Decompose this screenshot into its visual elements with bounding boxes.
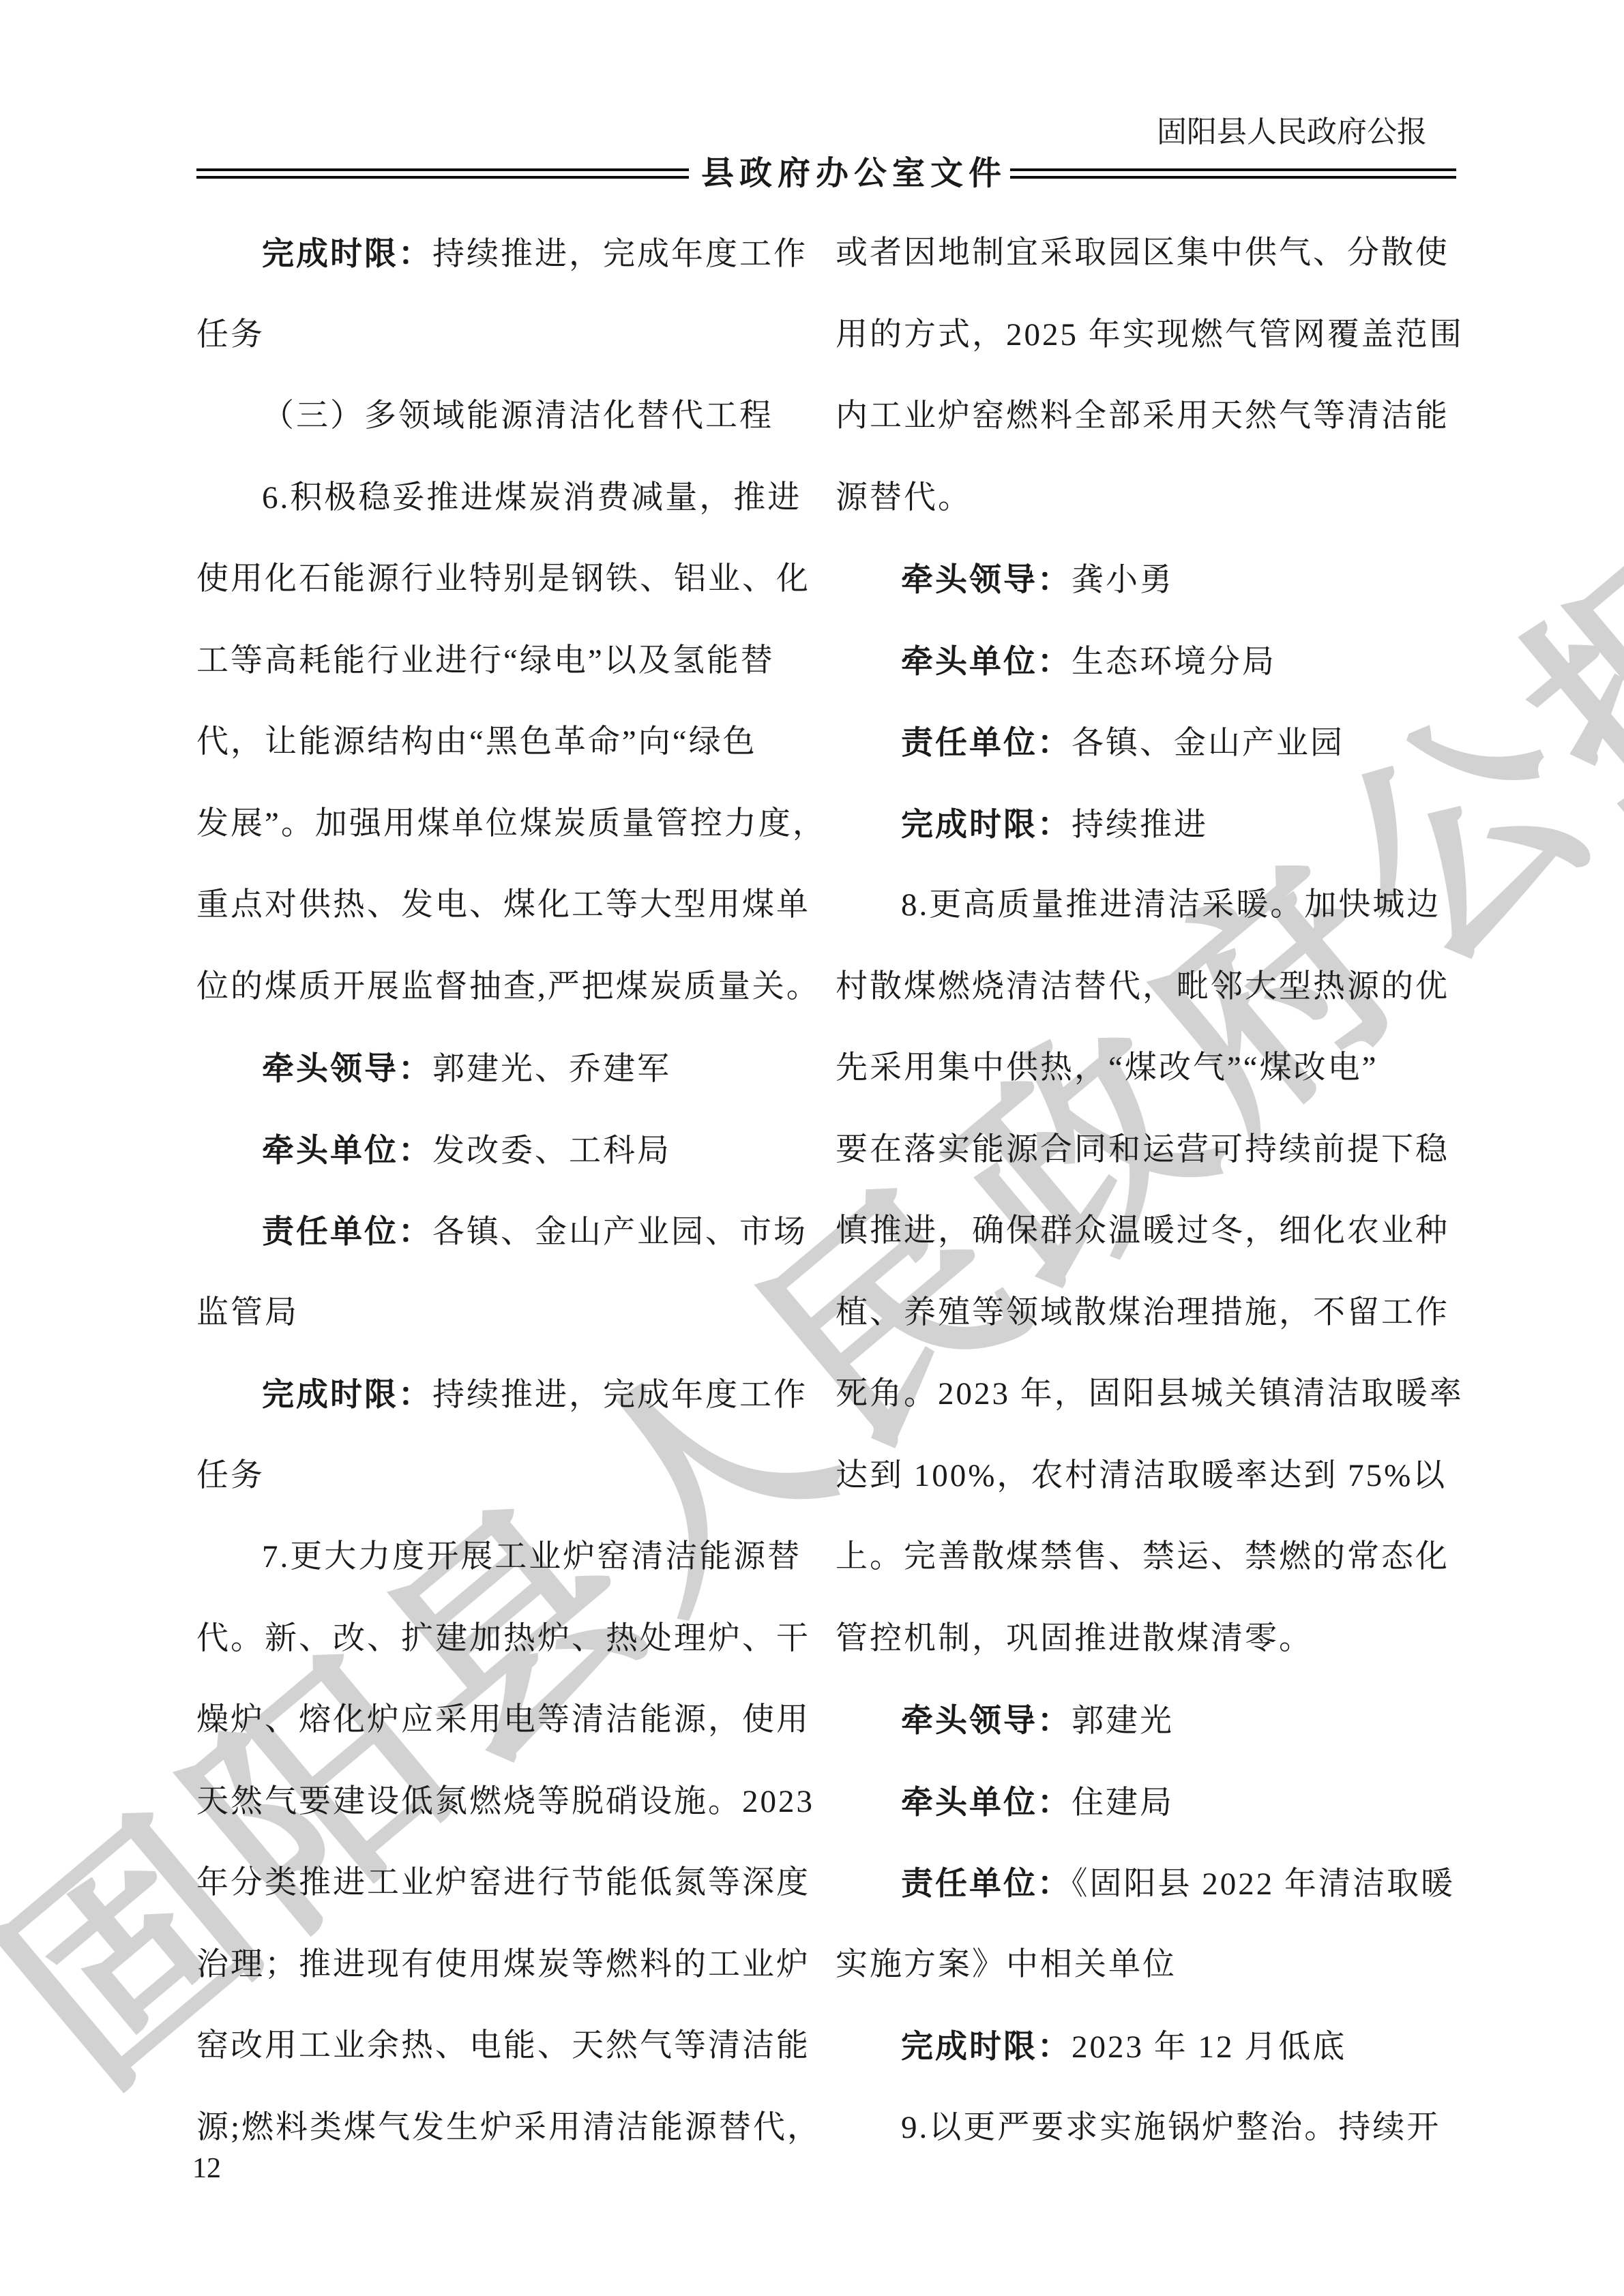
text-line: 先采用集中供热，“煤改气”“煤改电” — [836, 1028, 1460, 1109]
line-text: 住建局 — [1072, 1785, 1174, 1821]
line-text: 龚小勇 — [1072, 563, 1174, 598]
line-text: 重点对供热、发电、煤化工等大型用煤单 — [196, 887, 810, 923]
text-line: 8.更高质量推进清洁采暖。加快城边 — [836, 865, 1460, 946]
text-line: 牵头领导：郭建光 — [836, 1680, 1460, 1761]
field-label: 责任单位： — [901, 1865, 1072, 1901]
line-text: （三）多领域能源清洁化替代工程 — [262, 398, 773, 434]
field-label: 完成时限： — [901, 806, 1072, 842]
line-text: 任务 — [196, 1458, 265, 1493]
line-text: 死角。2023 年，固阳县城关镇清洁取暖率 — [836, 1376, 1464, 1412]
text-line: 责任单位：各镇、金山产业园、市场 — [196, 1191, 814, 1272]
text-line: 6.积极稳妥推进煤炭消费减量，推进 — [196, 458, 814, 539]
field-label: 完成时限： — [262, 1376, 432, 1412]
field-label: 牵头领导： — [901, 1702, 1072, 1738]
line-text: 2023 年 12 月低底 — [1072, 2029, 1346, 2065]
line-text: 各镇、金山产业园、市场 — [432, 1214, 808, 1250]
text-line: 任务 — [196, 295, 814, 376]
text-line: 窑改用工业余热、电能、天然气等清洁能 — [196, 2006, 814, 2087]
text-line: 内工业炉窑燃料全部采用天然气等清洁能 — [836, 376, 1460, 458]
line-text: 发改委、工科局 — [432, 1133, 671, 1169]
text-line: 牵头领导：龚小勇 — [836, 539, 1460, 621]
field-label: 责任单位： — [901, 724, 1072, 760]
line-text: 治理；推进现有使用煤炭等燃料的工业炉 — [196, 1947, 810, 1982]
text-line: 牵头单位：住建局 — [836, 1761, 1460, 1843]
line-text: 窑改用工业余热、电能、天然气等清洁能 — [196, 2028, 810, 2063]
text-line: 植、养殖等领域散煤治理措施，不留工作 — [836, 1272, 1460, 1354]
text-line: 要在落实能源合同和运营可持续前提下稳 — [836, 1109, 1460, 1191]
line-text: 持续推进 — [1072, 807, 1208, 843]
left-column: 完成时限：持续推进，完成年度工作任务（三）多领域能源清洁化替代工程6.积极稳妥推… — [196, 213, 814, 2168]
page-number: 12 — [192, 2152, 221, 2185]
text-line: 使用化石能源行业特别是钢铁、铝业、化 — [196, 539, 814, 621]
line-text: 或者因地制宜采取园区集中供气、分散使 — [836, 235, 1449, 271]
field-label: 牵头单位： — [901, 1784, 1072, 1820]
text-line: 完成时限：2023 年 12 月低底 — [836, 2006, 1460, 2087]
text-line: 代，让能源结构由“黑色革命”向“绿色 — [196, 702, 814, 784]
text-line: 燥炉、熔化炉应采用电等清洁能源，使用 — [196, 1680, 814, 1761]
text-line: 实施方案》中相关单位 — [836, 1924, 1460, 2006]
text-line: 任务 — [196, 1435, 814, 1517]
text-line: 用的方式，2025 年实现燃气管网覆盖范围 — [836, 295, 1460, 376]
text-line: 位的煤质开展监督抽查,严把煤炭质量关。 — [196, 946, 814, 1028]
line-text: 管控机制，巩固推进散煤清零。 — [836, 1621, 1313, 1656]
line-text: 年分类推进工业炉窑进行节能低氮等深度 — [196, 1865, 810, 1900]
line-text: 要在落实能源合同和运营可持续前提下稳 — [836, 1132, 1449, 1167]
text-line: 9.以更严要求实施锅炉整治。持续开 — [836, 2087, 1460, 2169]
field-label: 完成时限： — [901, 2028, 1072, 2064]
line-text: 燥炉、熔化炉应采用电等清洁能源，使用 — [196, 1702, 810, 1738]
line-text: 达到 100%，农村清洁取暖率达到 75%以 — [836, 1458, 1447, 1493]
line-text: 植、养殖等领域散煤治理措施，不留工作 — [836, 1295, 1449, 1330]
line-text: 代。新、改、扩建加热炉、热处理炉、干 — [196, 1621, 810, 1656]
text-line: 慎推进，确保群众温暖过冬，细化农业种 — [836, 1191, 1460, 1272]
text-line: 代。新、改、扩建加热炉、热处理炉、干 — [196, 1598, 814, 1680]
text-line: 责任单位：《固阳县 2022 年清洁取暖 — [836, 1843, 1460, 1924]
line-text: 实施方案》中相关单位 — [836, 1947, 1177, 1982]
line-text: 村散煤燃烧清洁替代，毗邻大型热源的优 — [836, 969, 1449, 1004]
text-line: 7.更大力度开展工业炉窑清洁能源替 — [196, 1517, 814, 1598]
text-line: 责任单位：各镇、金山产业园 — [836, 702, 1460, 784]
text-line: 牵头领导：郭建光、乔建军 — [196, 1028, 814, 1109]
line-text: 6.积极稳妥推进煤炭消费减量，推进 — [262, 480, 801, 516]
line-text: 先采用集中供热，“煤改气”“煤改电” — [836, 1050, 1378, 1086]
line-text: 源替代。 — [836, 480, 972, 516]
field-label: 责任单位： — [262, 1213, 432, 1249]
line-text: 上。完善散煤禁售、禁运、禁燃的常态化 — [836, 1539, 1449, 1575]
line-text: 内工业炉窑燃料全部采用天然气等清洁能 — [836, 398, 1449, 434]
line-text: 持续推进，完成年度工作 — [432, 1377, 808, 1413]
line-text: 源;燃料类煤气发生炉采用清洁能源替代， — [196, 2110, 821, 2145]
text-line: 管控机制，巩固推进散煤清零。 — [836, 1598, 1460, 1680]
field-label: 牵头领导： — [901, 561, 1072, 597]
line-text: 发展”。加强用煤单位煤炭质量管控力度， — [196, 806, 827, 841]
field-label: 牵头领导： — [262, 1050, 432, 1086]
text-line: 完成时限：持续推进，完成年度工作 — [196, 213, 814, 295]
right-column: 或者因地制宜采取园区集中供气、分散使用的方式，2025 年实现燃气管网覆盖范围内… — [836, 213, 1460, 2168]
text-line: 治理；推进现有使用煤炭等燃料的工业炉 — [196, 1924, 814, 2006]
field-label: 牵头单位： — [901, 643, 1072, 679]
text-line: 完成时限：持续推进，完成年度工作 — [196, 1354, 814, 1435]
text-line: 达到 100%，农村清洁取暖率达到 75%以 — [836, 1435, 1460, 1517]
line-text: 《固阳县 2022 年清洁取暖 — [1072, 1866, 1455, 1902]
text-line: 死角。2023 年，固阳县城关镇清洁取暖率 — [836, 1354, 1460, 1435]
line-text: 代，让能源结构由“黑色革命”向“绿色 — [196, 724, 757, 760]
text-line: 源替代。 — [836, 458, 1460, 539]
line-text: 9.以更严要求实施锅炉整治。持续开 — [901, 2110, 1441, 2145]
header-rule-right — [1010, 168, 1456, 179]
text-line: 天然气要建设低氮燃烧等脱硝设施。2023 — [196, 1761, 814, 1843]
line-text: 郭建光 — [1072, 1703, 1174, 1739]
line-text: 各镇、金山产业园 — [1072, 726, 1344, 761]
line-text: 生态环境分局 — [1072, 644, 1276, 680]
text-line: 牵头单位：发改委、工科局 — [196, 1109, 814, 1191]
line-text: 用的方式，2025 年实现燃气管网覆盖范围 — [836, 317, 1464, 353]
line-text: 使用化石能源行业特别是钢铁、铝业、化 — [196, 561, 810, 597]
masthead-title: 固阳县人民政府公报 — [1157, 115, 1427, 150]
text-line: 源;燃料类煤气发生炉采用清洁能源替代， — [196, 2087, 814, 2169]
text-line: 年分类推进工业炉窑进行节能低氮等深度 — [196, 1843, 814, 1924]
text-line: 完成时限：持续推进 — [836, 784, 1460, 865]
header-rule-left — [196, 168, 689, 179]
line-text: 监管局 — [196, 1295, 299, 1330]
text-line: （三）多领域能源清洁化替代工程 — [196, 376, 814, 458]
text-line: 发展”。加强用煤单位煤炭质量管控力度， — [196, 784, 814, 865]
line-text: 持续推进，完成年度工作 — [432, 237, 808, 272]
field-label: 牵头单位： — [262, 1132, 432, 1168]
text-line: 工等高耗能行业进行“绿电”以及氢能替 — [196, 621, 814, 702]
text-line: 上。完善散煤禁售、禁运、禁燃的常态化 — [836, 1517, 1460, 1598]
line-text: 天然气要建设低氮燃烧等脱硝设施。2023 — [196, 1784, 814, 1819]
header-title: 县政府办公室文件 — [701, 153, 1007, 194]
text-line: 重点对供热、发电、煤化工等大型用煤单 — [196, 865, 814, 946]
text-line: 或者因地制宜采取园区集中供气、分散使 — [836, 213, 1460, 295]
field-label: 完成时限： — [262, 235, 432, 271]
text-line: 监管局 — [196, 1272, 814, 1354]
line-text: 7.更大力度开展工业炉窑清洁能源替 — [262, 1539, 801, 1575]
line-text: 位的煤质开展监督抽查,严把煤炭质量关。 — [196, 969, 821, 1004]
text-line: 牵头单位：生态环境分局 — [836, 621, 1460, 702]
line-text: 慎推进，确保群众温暖过冬，细化农业种 — [836, 1213, 1449, 1249]
line-text: 工等高耗能行业进行“绿电”以及氢能替 — [196, 643, 775, 679]
line-text: 8.更高质量推进清洁采暖。加快城边 — [901, 887, 1441, 923]
text-line: 村散煤燃烧清洁替代，毗邻大型热源的优 — [836, 946, 1460, 1028]
document-page: 固阳县人民政府公报 固阳县人民政府公报 县政府办公室文件 完成时限：持续推进，完… — [0, 0, 1624, 2296]
line-text: 郭建光、乔建军 — [432, 1052, 671, 1087]
line-text: 任务 — [196, 317, 265, 353]
